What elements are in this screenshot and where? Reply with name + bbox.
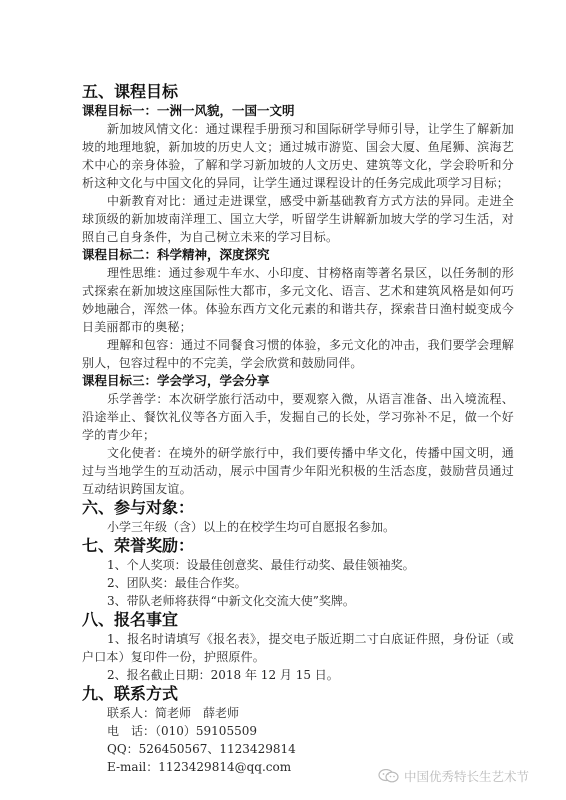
section-9-title: 九、联系方式 — [82, 684, 514, 704]
contact-person: 联系人：简老师 薛老师 — [82, 704, 514, 722]
award-item-2: 2、团队奖：最佳合作奖。 — [82, 574, 514, 592]
section-5-title: 五、课程目标 — [82, 82, 514, 102]
award-item-1: 1、个人奖项：设最佳创意奖、最佳行动奖、最佳领袖奖。 — [82, 556, 514, 574]
section-7-title: 七、荣誉奖励： — [82, 536, 514, 556]
watermark: 中国优秀特长生艺术节 — [378, 767, 529, 785]
goal-2-paragraph-2: 理解和包容：通过不同餐食习惯的体验，多元文化的冲击，我们要学会理解别人，包容过程… — [82, 336, 514, 372]
wechat-icon — [378, 769, 400, 783]
goal-1-paragraph-1: 新加坡风情文化：通过课程手册预习和国际研学导师引导，让学生了解新加坡的地理地貌，… — [82, 120, 514, 192]
contact-qq: QQ：526450567、1123429814 — [82, 740, 514, 758]
goal-1-title: 课程目标一：一洲一风貌，一国一文明 — [82, 102, 514, 120]
goal-2-title: 课程目标二：科学精神，深度探究 — [82, 246, 514, 264]
section-8-title: 八、报名事宜 — [82, 610, 514, 630]
contact-phone: 电 话：（010）59105509 — [82, 722, 514, 740]
section-6-title: 六、参与对象： — [82, 498, 514, 518]
goal-3-paragraph-2: 文化使者：在境外的研学旅行中，我们要传播中华文化，传播中国文明，通过与当地学生的… — [82, 444, 514, 498]
registration-item-2: 2、报名截止日期：2018 年 12 月 15 日。 — [82, 666, 514, 684]
award-item-3: 3、带队老师将获得“中新文化交流大使”奖牌。 — [82, 592, 514, 610]
goal-3-title: 课程目标三：学会学习，学会分享 — [82, 372, 514, 390]
goal-3-paragraph-1: 乐学善学：本次研学旅行活动中，要观察入微，从语言准备、出入境流程、沿途举止、餐饮… — [82, 390, 514, 444]
goal-2-paragraph-1: 理性思维：通过参观牛车水、小印度、甘榜格南等著名景区，以任务制的形式探索在新加坡… — [82, 264, 514, 336]
section-6-text: 小学三年级（含）以上的在校学生均可自愿报名参加。 — [82, 518, 514, 536]
registration-item-1: 1、报名时请填写《报名表》，提交电子版近期二寸白底证件照，身份证（或户口本）复印… — [82, 630, 514, 666]
document-page: 五、课程目标 课程目标一：一洲一风貌，一国一文明 新加坡风情文化：通过课程手册预… — [82, 82, 514, 776]
goal-1-paragraph-2: 中新教育对比：通过走进课堂，感受中新基础教育方式方法的异同。走进全球顶级的新加坡… — [82, 192, 514, 246]
watermark-text: 中国优秀特长生艺术节 — [404, 767, 529, 785]
